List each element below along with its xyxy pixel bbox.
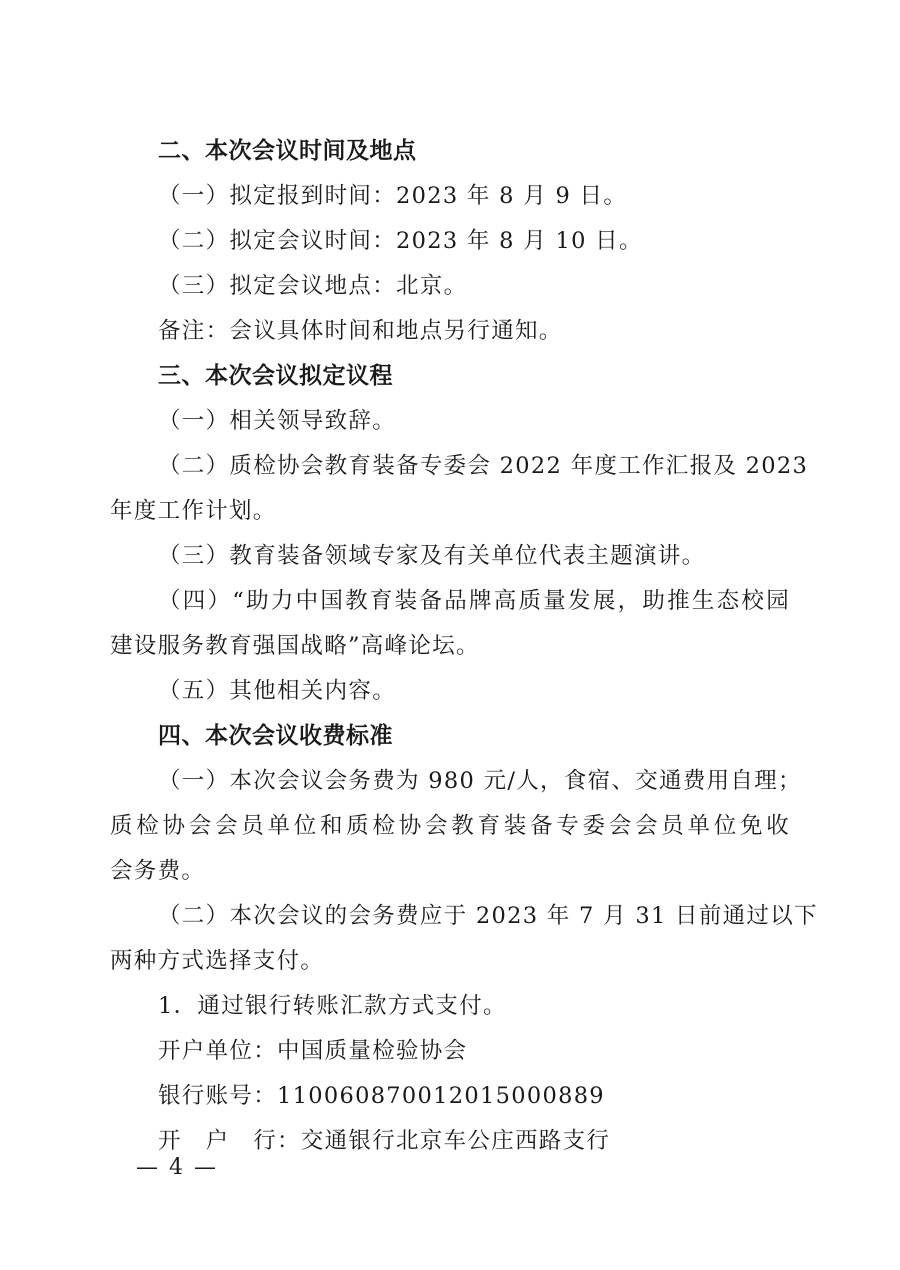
account-holder: 开户单位：中国质量检验协会 — [158, 1036, 790, 1066]
agenda-item-2-line-1: （二）质检协会教育装备专委会 2022 年度工作汇报及 2023 — [158, 451, 790, 481]
paragraph-checkin-time: （一）拟定报到时间：2023 年 8 月 9 日。 — [158, 181, 790, 211]
fee-item-1-line-1: （一）本次会议会务费为 980 元/人，食宿、交通费用自理； — [158, 766, 790, 796]
agenda-item-3: （三）教育装备领域专家及有关单位代表主题演讲。 — [158, 541, 790, 571]
agenda-item-4-line-1: （四）“助力中国教育装备品牌高质量发展，助推生态校园 — [158, 586, 790, 616]
paragraph-meeting-time: （二）拟定会议时间：2023 年 8 月 10 日。 — [158, 226, 790, 256]
bank-branch: 开 户 行：交通银行北京车公庄西路支行 — [158, 1126, 790, 1156]
fee-item-2-line-1: （二）本次会议的会务费应于 2023 年 7 月 31 日前通过以下 — [158, 901, 790, 931]
section-heading-agenda: 三、本次会议拟定议程 — [158, 361, 790, 391]
agenda-item-5: （五）其他相关内容。 — [158, 676, 790, 706]
paragraph-meeting-location: （三）拟定会议地点：北京。 — [158, 271, 790, 301]
fee-item-1-line-2: 质检协会会员单位和质检协会教育装备专委会会员单位免收 — [110, 811, 790, 841]
page-number: — 4 — — [136, 1153, 218, 1183]
agenda-item-4-line-2: 建设服务教育强国战略”高峰论坛。 — [110, 631, 790, 661]
section-heading-time-location: 二、本次会议时间及地点 — [158, 136, 790, 166]
payment-method-1: 1．通过银行转账汇款方式支付。 — [158, 991, 790, 1021]
bank-account-number: 银行账号：110060870012015000889 — [158, 1081, 790, 1111]
fee-item-2-line-2: 两种方式选择支付。 — [110, 946, 790, 976]
document-page: 二、本次会议时间及地点 （一）拟定报到时间：2023 年 8 月 9 日。 （二… — [0, 0, 900, 1270]
fee-item-1-line-3: 会务费。 — [110, 856, 790, 886]
paragraph-note: 备注：会议具体时间和地点另行通知。 — [158, 316, 790, 346]
agenda-item-2-line-2: 年度工作计划。 — [110, 496, 790, 526]
section-heading-fees: 四、本次会议收费标准 — [158, 721, 790, 751]
agenda-item-1: （一）相关领导致辞。 — [158, 406, 790, 436]
